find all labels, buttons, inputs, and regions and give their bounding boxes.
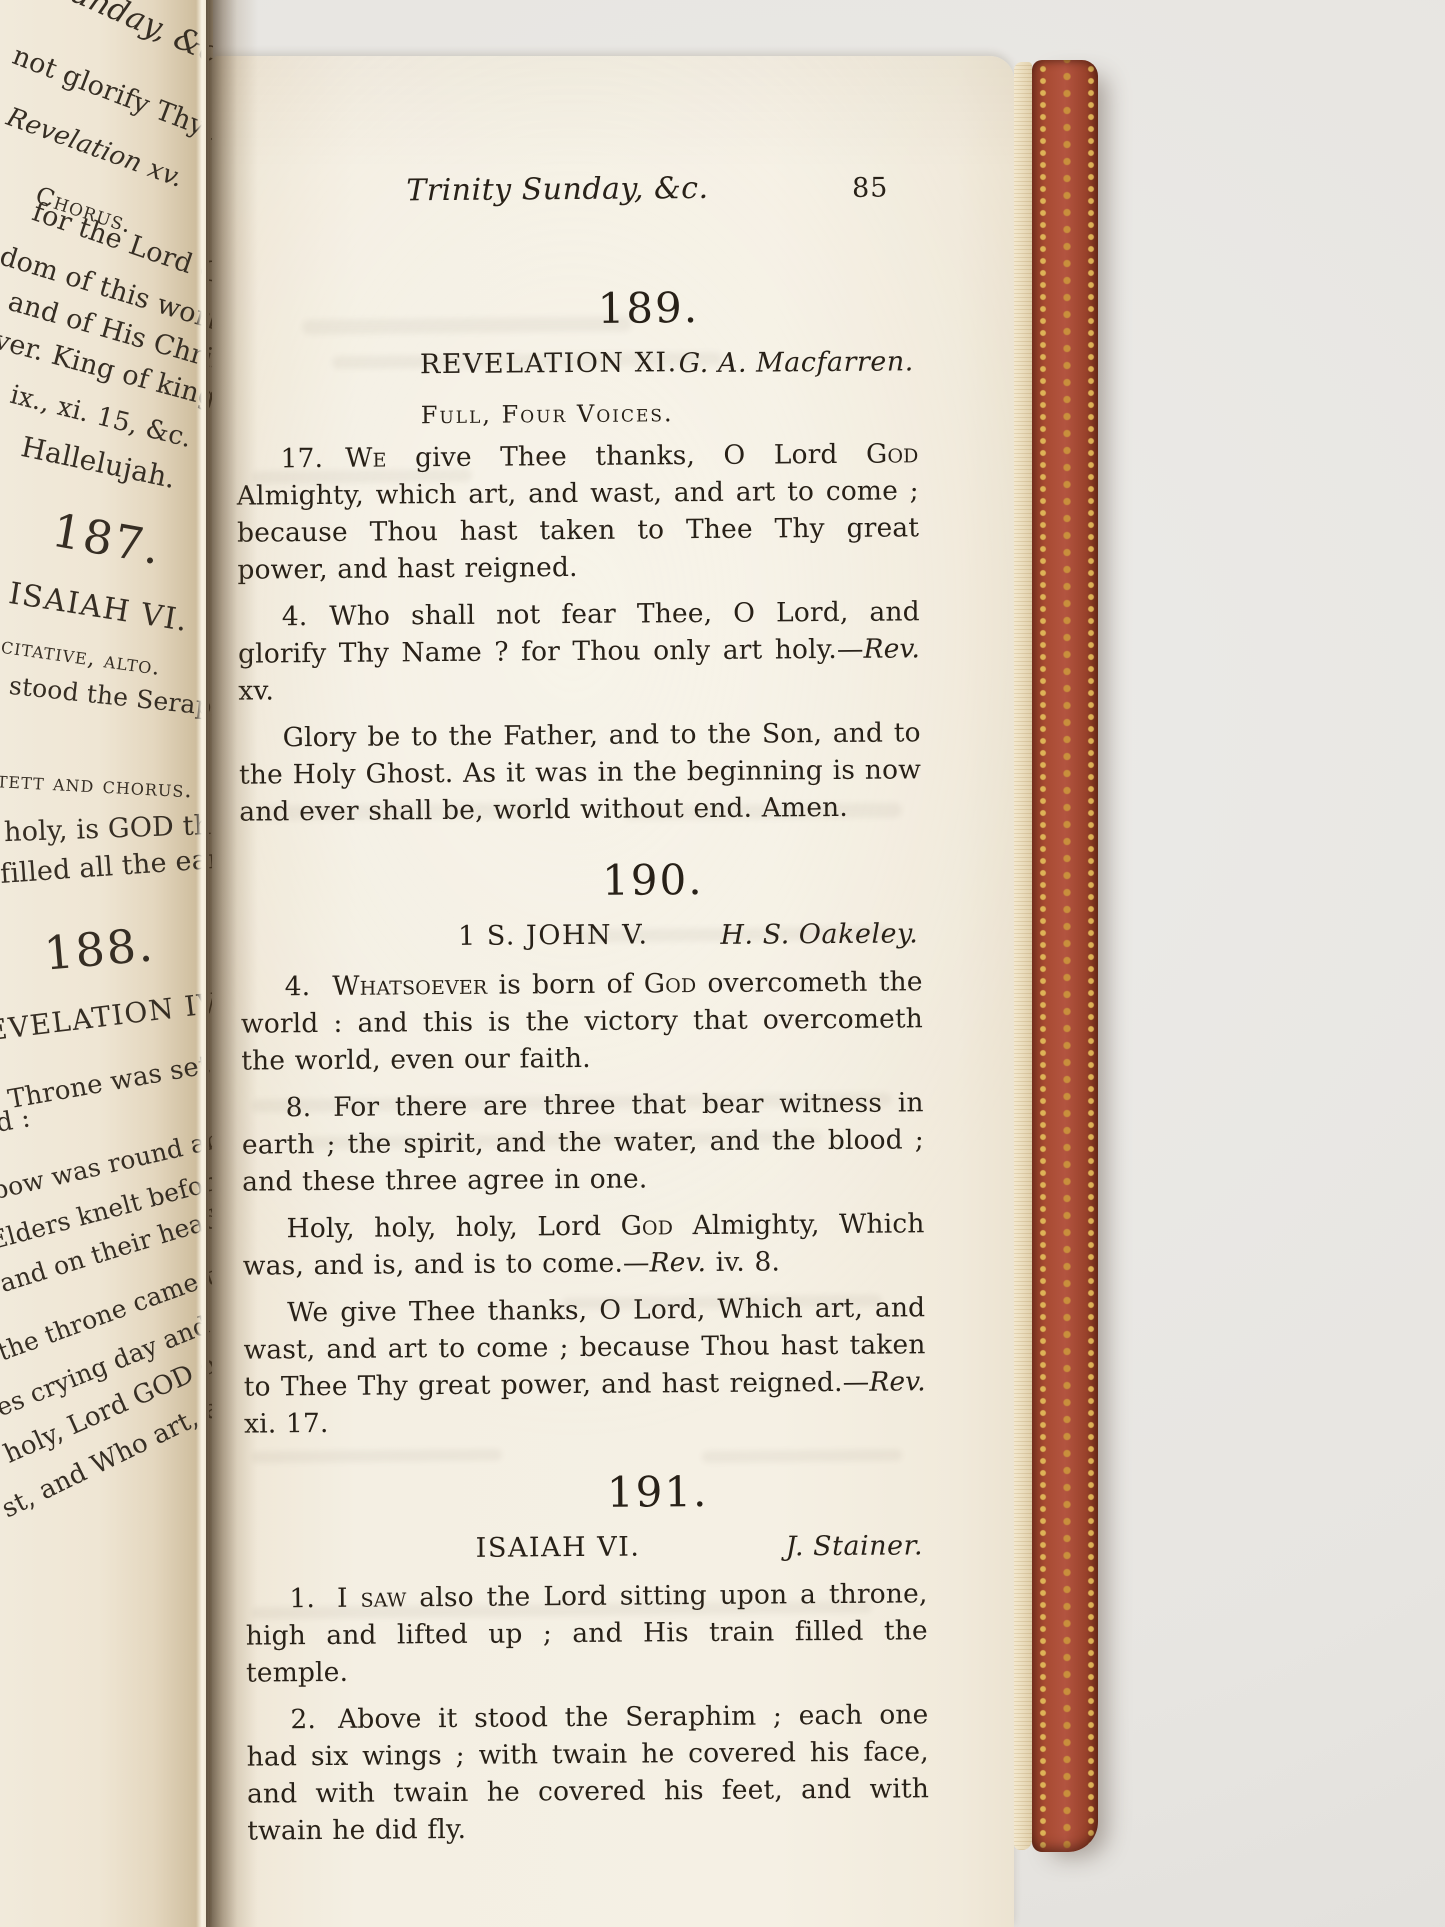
- text-run: God: [644, 968, 697, 999]
- text-run: saw: [360, 1582, 406, 1613]
- anthem-number: 189.: [307, 283, 989, 334]
- anthem-paragraph: 4.Who shall not fear Thee, O Lord, and g…: [238, 593, 921, 709]
- anthem-section: 191. ISAIAH VI. J. Stainer. 1.I saw also…: [244, 1467, 929, 1849]
- text-run: I: [337, 1583, 361, 1614]
- verse-number: 8.: [286, 1092, 312, 1123]
- page-number: 85: [852, 173, 889, 204]
- page-header: Trinity Sunday, &c. 85: [234, 169, 916, 218]
- text-run: Almighty, which art, and wast, and art t…: [237, 475, 920, 585]
- composer-name: H. S. Oakeley.: [720, 918, 918, 951]
- text-run: We give Thee thanks, O Lord, Which art, …: [243, 1292, 925, 1402]
- anthem-paragraph: 1.I saw also the Lord sitting upon a thr…: [245, 1575, 928, 1691]
- anthem-paragraphs: 1.I saw also the Lord sitting upon a thr…: [245, 1575, 929, 1849]
- right-page: Trinity Sunday, &c. 85 189. REVELATION X…: [212, 56, 1014, 1927]
- anthem-paragraphs: 17.We give Thee thanks, O Lord God Almig…: [236, 435, 921, 830]
- text-run: Who shall not fear Thee, O Lord, and glo…: [238, 596, 920, 669]
- anthem-number: 191.: [316, 1467, 998, 1518]
- book-photo: ty Sunday, &c. not glorify Thy Name Reve…: [0, 0, 1445, 1927]
- anthem-paragraph: 8.For there are three that bear witness …: [241, 1084, 924, 1200]
- verse-number: 4.: [285, 971, 311, 1002]
- verse-number: 1.: [289, 1583, 315, 1614]
- left-page-text-fragment: holy, is GOD the Lord: [4, 807, 213, 848]
- text-run: Rev.: [869, 1366, 926, 1397]
- text-run: Rev.: [863, 633, 920, 664]
- anthem-heading: ISAIAH VI. J. Stainer.: [245, 1529, 927, 1570]
- page-content: Trinity Sunday, &c. 85 189. REVELATION X…: [233, 53, 929, 1849]
- running-header: Trinity Sunday, &c.: [216, 169, 898, 209]
- text-run: give Thee thanks, O Lord: [386, 439, 866, 474]
- anthem-section: 190. 1 S. JOHN V. H. S. Oakeley. 4.Whats…: [240, 855, 927, 1442]
- anthem-paragraph: 2.Above it stood the Seraphim ; each one…: [246, 1696, 929, 1849]
- text-run: Whatsoever: [332, 970, 487, 1002]
- anthem-section: 189. REVELATION XI. G. A. Macfarren. Ful…: [235, 283, 921, 830]
- anthem-paragraphs: 4.Whatsoever is born of God overcometh t…: [241, 963, 927, 1442]
- voicing-label: Full, Four Voices.: [206, 398, 888, 431]
- anthem-paragraph: Glory be to the Father, and to the Son, …: [239, 714, 922, 830]
- anthem-paragraph: We give Thee thanks, O Lord, Which art, …: [243, 1289, 926, 1442]
- left-page-text-fragment: EVELATION IV.: [0, 986, 213, 1048]
- left-page-text-fragment: 187.: [48, 503, 166, 575]
- left-page-text-fragment: n stood the Seraphim, and: [0, 668, 213, 732]
- left-page-text-fragment: 188.: [42, 917, 157, 980]
- sections: 189. REVELATION XI. G. A. Macfarren. Ful…: [235, 283, 929, 1849]
- anthem-number: 190.: [312, 855, 994, 906]
- left-page-edge-highlight: [196, 0, 209, 1927]
- left-page-text-fragment: filled all the earth.: [0, 841, 213, 890]
- verse-number: 4.: [282, 601, 308, 632]
- text-run: God: [866, 438, 919, 469]
- composer-name: J. Stainer.: [786, 1530, 924, 1562]
- left-page-text-fragment: rtett and chorus.: [0, 767, 193, 804]
- text-run: For there are three that bear witness in…: [242, 1087, 924, 1197]
- left-page: ty Sunday, &c. not glorify Thy Name Reve…: [0, 0, 213, 1927]
- text-run: Holy, holy, holy, Lord: [286, 1211, 620, 1245]
- anthem-paragraph: 4.Whatsoever is born of God overcometh t…: [241, 963, 924, 1079]
- left-page-text-fragment: ISAIAH VI.: [6, 576, 191, 639]
- left-page-text-fragment: d :: [0, 1103, 33, 1138]
- anthem-paragraph: 17.We give Thee thanks, O Lord God Almig…: [236, 435, 919, 588]
- book-fore-edge: [1032, 60, 1098, 1852]
- text-run: Above it stood the Seraphim ; each one h…: [247, 1699, 930, 1846]
- verse-number: 2.: [290, 1704, 316, 1735]
- text-run: xv.: [238, 675, 274, 706]
- page-stack-edge: [1014, 62, 1032, 1850]
- text-run: xi. 17.: [244, 1408, 329, 1440]
- left-page-text-fragment: Throne was set in Heav: [6, 1031, 213, 1115]
- text-run: God: [621, 1210, 674, 1241]
- verse-number: 17.: [280, 443, 323, 474]
- anthem-heading: 1 S. JOHN V. H. S. Oakeley.: [240, 917, 922, 958]
- text-run: Rev.: [649, 1247, 706, 1278]
- anthem-heading: REVELATION XI. G. A. Macfarren.: [236, 345, 918, 386]
- anthem-paragraph: Holy, holy, holy, Lord God Almighty, Whi…: [242, 1205, 925, 1284]
- text-run: We: [345, 442, 387, 473]
- text-run: is born of: [487, 968, 644, 1000]
- text-run: Glory be to the Father, and to the Son, …: [239, 717, 921, 827]
- text-run: iv. 8.: [706, 1246, 780, 1278]
- composer-name: G. A. Macfarren.: [679, 346, 914, 379]
